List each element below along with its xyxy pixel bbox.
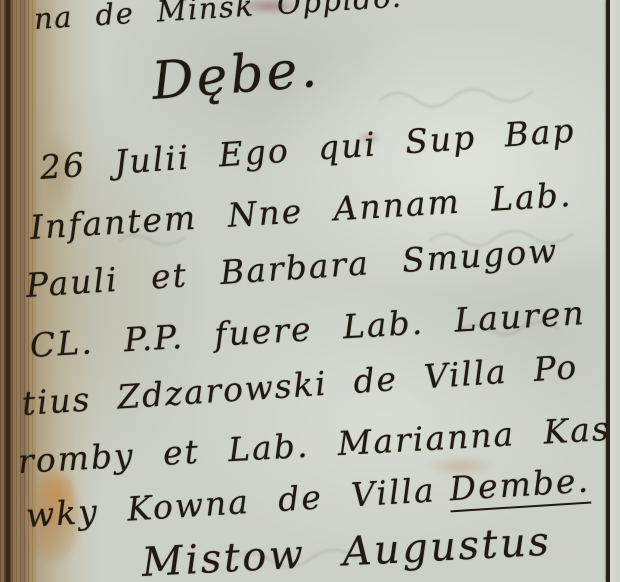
page-edge-sliver <box>610 0 620 582</box>
entry-line-7-underlined-place-name: Dembe. <box>448 461 591 513</box>
manuscript-photo: na de Minsk Oppido. Dębe. 26 Julii Ego q… <box>0 0 620 582</box>
